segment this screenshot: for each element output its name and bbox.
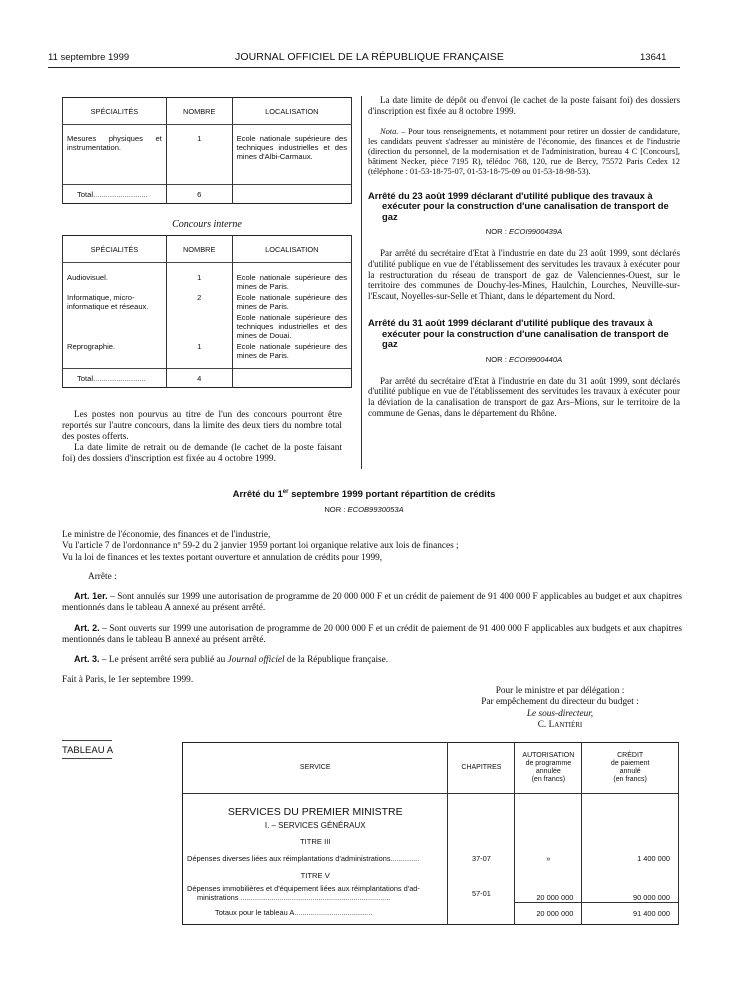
nor-reference: NOR : ECOI9900440A: [368, 355, 680, 364]
signature-block: Pour le ministre et par délégation : Par…: [440, 686, 680, 731]
tableau-a: SERVICE CHAPITRES AUTORISATION de progra…: [182, 742, 679, 925]
arrete-word: Arrête :: [62, 572, 682, 583]
chapitre-cell: 57-01: [448, 884, 515, 902]
totals-label: Totaux pour le tableau A................…: [183, 902, 448, 924]
nombre-cell: 1: [166, 263, 232, 292]
visa: Le ministre de l'économie, des finances …: [62, 530, 682, 541]
fait-a-paris: Fait à Paris, le 1er septembre 1999.: [62, 675, 682, 686]
signature-line: Par empêchement du directeur du budget :: [440, 697, 680, 708]
localisation-cell: Ecole nationale supérieure des technique…: [232, 125, 351, 185]
table-row: Audiovisuel. 1 Ecole nationale supérieur…: [63, 263, 352, 292]
column-divider: [361, 96, 362, 469]
label-rule: [62, 740, 112, 741]
titre-heading: TITRE III: [183, 832, 448, 850]
nota-label: Nota.: [380, 127, 398, 136]
col-header-autorisation: AUTORISATION de programme annulée (en fr…: [515, 743, 582, 794]
total-row: Total......................... 4: [63, 369, 352, 388]
signature-line: Pour le ministre et par délégation :: [440, 686, 680, 697]
totals-row: Totaux pour le tableau A................…: [183, 902, 679, 924]
total-value: 4: [166, 369, 232, 388]
nota: Nota. – Pour tous renseignements, et not…: [368, 127, 680, 177]
service-cell: Dépenses immobilières et d'équipement li…: [183, 884, 448, 902]
col-header-chapitres: CHAPITRES: [448, 743, 515, 794]
localisation-cell: Ecole nationale supérieure des mines de …: [232, 263, 351, 292]
col-header-specialites: SPÉCIALITÉS: [63, 98, 167, 125]
article-1: Art. 1er. – Sont annulés sur 1999 une au…: [62, 591, 682, 615]
total-label: Total: [77, 190, 93, 199]
specialite-cell: Informatique, micro-informatique et rése…: [63, 291, 167, 340]
nombre-cell: 1: [166, 125, 232, 185]
localisation-cell: Ecole nationale supérieure des mines de …: [232, 291, 351, 311]
left-notes: Les postes non pourvus au titre de l'un …: [62, 410, 342, 465]
subsection-heading: I. – SERVICES GÉNÉRAUX: [183, 818, 448, 832]
header-date: 11 septembre 1999: [48, 52, 129, 63]
table-row: Dépenses immobilières et d'équipement li…: [183, 884, 679, 902]
nota-text: – Pour tous renseignements, et notamment…: [368, 127, 680, 176]
specialite-cell: Reprographie.: [63, 340, 167, 369]
main-decree-title: Arrêté du 1er septembre 1999 portant rép…: [48, 489, 680, 500]
right-column: La date limite de dépôt ou d'envoi (le c…: [368, 95, 680, 419]
paragraph: Les postes non pourvus au titre de l'un …: [62, 410, 342, 443]
table-row: Mesures physiques et instrumentation. 1 …: [63, 125, 352, 185]
nombre-cell: 2: [166, 291, 232, 311]
autorisation-cell: »: [515, 850, 582, 866]
signatory-name: C. Lantiéri: [440, 720, 680, 731]
nombre-cell: 1: [166, 340, 232, 369]
table-row: Dépenses diverses liées aux réimplantati…: [183, 850, 679, 866]
paragraph: La date limite de retrait ou de demande …: [62, 443, 342, 465]
decree-text: Par arrêté du secrétaire d'Etat à l'indu…: [368, 248, 680, 302]
col-header-credit: CRÉDIT de paiement annulé (en francs): [582, 743, 679, 794]
credit-cell: 90 000 000: [582, 884, 679, 902]
paragraph: La date limite de dépôt ou d'envoi (le c…: [368, 95, 680, 117]
specialite-cell: Mesures physiques et instrumentation.: [63, 125, 167, 185]
localisation-cell: Ecole nationale supérieure des technique…: [232, 311, 351, 340]
decree-text: Par arrêté du secrétaire d'Etat à l'indu…: [368, 376, 680, 419]
table-caption-concours-interne: Concours interne: [62, 219, 352, 230]
col-header-nombre: NOMBRE: [166, 236, 232, 263]
col-header-nombre: NOMBRE: [166, 98, 232, 125]
article-3: Art. 3. – Le présent arrêté sera publié …: [62, 654, 682, 666]
chapitre-cell: 37-07: [448, 850, 515, 866]
localisation-cell: Ecole nationale supérieure des mines de …: [232, 340, 351, 369]
journal-title: JOURNAL OFFICIEL DE LA RÉPUBLIQUE FRANÇA…: [235, 51, 504, 63]
total-value: 6: [166, 185, 232, 204]
label-rule: [62, 758, 112, 759]
header-rule: [48, 67, 680, 68]
nor-reference: NOR : ECOB9930053A: [48, 505, 680, 514]
service-cell: Dépenses diverses liées aux réimplantati…: [183, 850, 448, 866]
page-number: 13641: [640, 52, 666, 63]
totals-credit: 91 400 000: [582, 902, 679, 924]
nor-reference: NOR : ECOI9900439A: [368, 227, 680, 236]
table-row: Informatique, micro-informatique et rése…: [63, 291, 352, 311]
specialites-table-interne: SPÉCIALITÉS NOMBRE LOCALISATION Audiovis…: [62, 235, 352, 388]
article-2: Art. 2. – Sont ouverts sur 1999 une auto…: [62, 623, 682, 647]
totals-autorisation: 20 000 000: [515, 902, 582, 924]
credit-cell: 1 400 000: [582, 850, 679, 866]
section-heading: SERVICES DU PREMIER MINISTRE: [183, 794, 448, 819]
col-header-service: SERVICE: [183, 743, 448, 794]
col-header-localisation: LOCALISATION: [232, 236, 351, 263]
table-row: Reprographie. 1 Ecole nationale supérieu…: [63, 340, 352, 369]
visa: Vu la loi de finances et les textes port…: [62, 553, 682, 564]
tableau-a-label: TABLEAU A: [62, 745, 113, 756]
total-label: Total: [77, 374, 93, 383]
visa: Vu l'article 7 de l'ordonnance nº 59-2 d…: [62, 541, 682, 552]
signature-line: Le sous-directeur,: [440, 709, 680, 720]
decree-title: Arrêté du 23 août 1999 déclarant d'utili…: [368, 191, 680, 223]
col-header-localisation: LOCALISATION: [232, 98, 351, 125]
col-header-specialites: SPÉCIALITÉS: [63, 236, 167, 263]
specialite-cell: Audiovisuel.: [63, 263, 167, 292]
decree-title: Arrêté du 31 août 1999 déclarant d'utili…: [368, 318, 680, 350]
titre-heading: TITRE V: [183, 866, 448, 884]
specialites-table-externe: SPÉCIALITÉS NOMBRE LOCALISATION Mesures …: [62, 97, 352, 204]
main-decree-body: Le ministre de l'économie, des finances …: [62, 530, 682, 686]
autorisation-cell: 20 000 000: [515, 884, 582, 902]
total-row: Total.......................... 6: [63, 185, 352, 204]
